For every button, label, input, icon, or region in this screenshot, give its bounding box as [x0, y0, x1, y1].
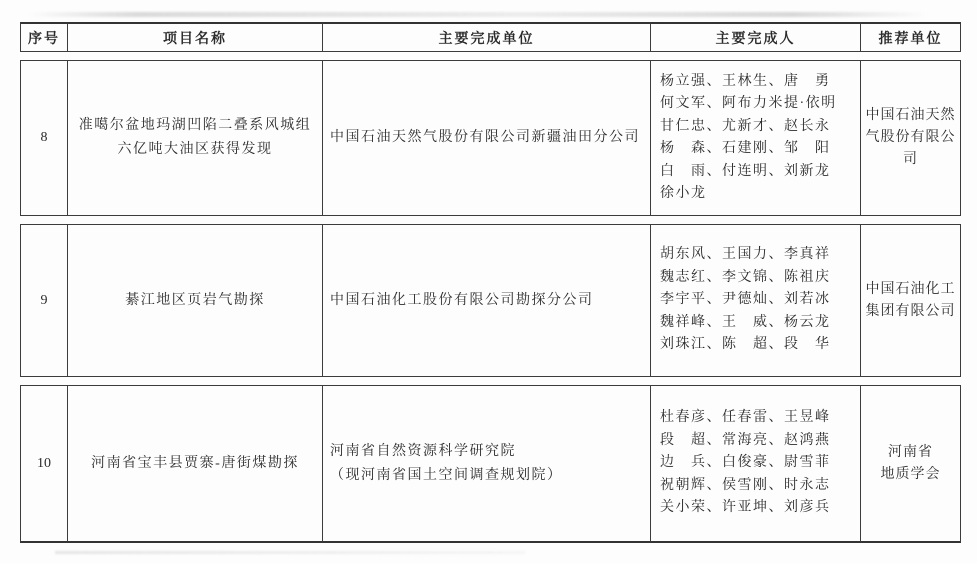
project-name-cell: 綦江地区页岩气勘探 — [68, 224, 323, 377]
recommender-cell: 中国石油天然 气股份有限公 司 — [861, 60, 961, 216]
header-main-unit: 主要完成单位 — [323, 22, 651, 52]
scan-artifact-bottom — [55, 551, 525, 554]
table-header-row: 序号 项目名称 主要完成单位 主要完成人 推荐单位 — [20, 22, 961, 52]
header-recommender: 推荐单位 — [861, 22, 961, 52]
header-main-contributors: 主要完成人 — [651, 22, 861, 52]
recommender-cell: 中国石油化工 集团有限公司 — [861, 224, 961, 377]
main-contributors-cell: 杜春彦、任春雷、王昱峰 段 超、常海亮、赵鸿燕 边 兵、白俊豪、尉雪菲 祝朝辉、… — [651, 385, 861, 543]
projects-table: 序号 项目名称 主要完成单位 主要完成人 推荐单位 8 准噶尔盆地玛湖凹陷二叠系… — [20, 22, 961, 543]
scan-artifact-top — [28, 12, 928, 17]
main-unit-cell: 河南省自然资源科学研究院 （现河南省国土空间调查规划院） — [323, 385, 651, 543]
table-row-8: 8 准噶尔盆地玛湖凹陷二叠系风城组 六亿吨大油区获得发现 中国石油天然气股份有限… — [20, 60, 961, 216]
header-project-name: 项目名称 — [68, 22, 323, 52]
main-contributors-cell: 胡东风、王国力、李真祥 魏志红、李文锦、陈祖庆 李宇平、尹德灿、刘若冰 魏祥峰、… — [651, 224, 861, 377]
table-row-10: 10 河南省宝丰县贾寨-唐街煤勘探 河南省自然资源科学研究院 （现河南省国土空间… — [20, 385, 961, 543]
main-unit-cell: 中国石油天然气股份有限公司新疆油田分公司 — [323, 60, 651, 216]
serial-cell: 9 — [20, 224, 68, 377]
table-row-9: 9 綦江地区页岩气勘探 中国石油化工股份有限公司勘探分公司 胡东风、王国力、李真… — [20, 224, 961, 377]
header-serial: 序号 — [20, 22, 68, 52]
main-contributors-cell: 杨立强、王林生、唐 勇 何文军、阿布力米提·依明 甘仁忠、尤新才、赵长永 杨 森… — [651, 60, 861, 216]
serial-cell: 8 — [20, 60, 68, 216]
project-name-cell: 河南省宝丰县贾寨-唐街煤勘探 — [68, 385, 323, 543]
main-unit-cell: 中国石油化工股份有限公司勘探分公司 — [323, 224, 651, 377]
serial-cell: 10 — [20, 385, 68, 543]
scanned-document-page: 序号 项目名称 主要完成单位 主要完成人 推荐单位 8 准噶尔盆地玛湖凹陷二叠系… — [0, 0, 977, 563]
recommender-cell: 河南省 地质学会 — [861, 385, 961, 543]
project-name-cell: 准噶尔盆地玛湖凹陷二叠系风城组 六亿吨大油区获得发现 — [68, 60, 323, 216]
